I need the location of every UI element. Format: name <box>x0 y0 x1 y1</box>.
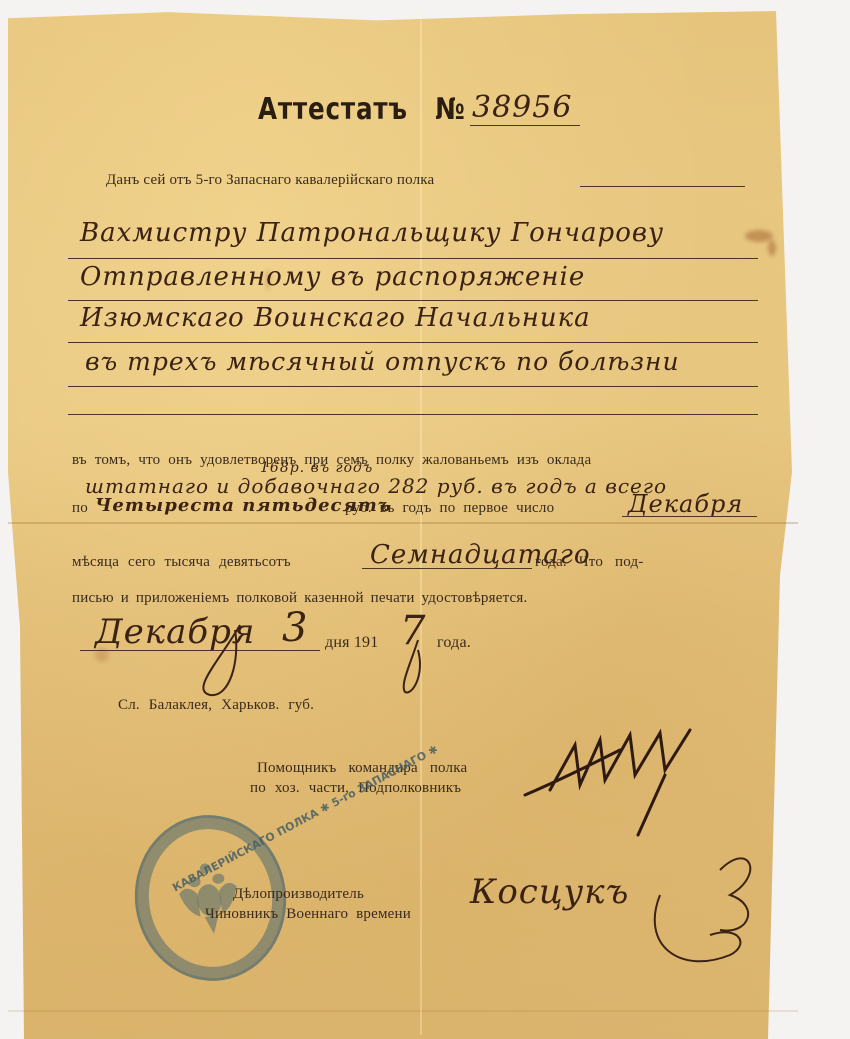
salary-mid: руб. въ годъ по первое число <box>345 500 554 517</box>
year-prefix: мѣсяца сего тысяча девятьсотъ <box>72 554 291 571</box>
title-text: Аттестатъ <box>258 92 408 127</box>
date-year-printed: года. <box>437 634 471 652</box>
salary-month: Декабря <box>628 490 743 518</box>
signature-1 <box>520 725 710 845</box>
signer-1-title-line-1: Помощникъ командира полка <box>257 760 467 777</box>
recipient-line-4: въ трехъ мѣсячный отпускъ по болѣзни <box>85 347 680 376</box>
signer-2-title-line-1: Дѣлопроизводитель <box>233 886 364 903</box>
fold-crease <box>420 10 422 1035</box>
number-underline <box>470 125 580 126</box>
recipient-line-2: Отправленному въ распоряженіе <box>80 262 585 292</box>
signer-2-title-line-2: Чиновникъ Военнаго времени <box>205 906 411 923</box>
fill-line <box>68 386 758 387</box>
given-by-line: Данъ сей отъ 5-го Запаснаго кавалерійска… <box>106 172 434 189</box>
fold-crease <box>8 1010 798 1012</box>
stain <box>745 230 773 242</box>
fill-line <box>68 258 758 259</box>
fill-line <box>580 186 745 187</box>
fill-line <box>68 414 758 415</box>
fill-line <box>68 300 758 301</box>
fold-crease <box>8 522 798 524</box>
fill-line <box>362 568 532 569</box>
number-sign: № <box>435 92 465 127</box>
stain <box>768 240 776 256</box>
salary-prefix: по <box>72 500 88 517</box>
date-flourish <box>180 620 440 700</box>
signature-2-flourish <box>600 835 760 985</box>
certificate-number: 38956 <box>472 90 572 125</box>
fill-line <box>622 516 757 517</box>
fill-line <box>68 342 758 343</box>
recipient-line-3: Изюмскаго Воинскаго Начальника <box>80 303 591 333</box>
place-of-issue: Сл. Балаклея, Харьков. губ. <box>118 697 314 714</box>
recipient-line-1: Вахмистру Патрональщику Гончарову <box>80 218 664 248</box>
year-suffix: года. Что под- <box>535 554 644 571</box>
document-title: Аттестатъ № <box>258 92 466 127</box>
